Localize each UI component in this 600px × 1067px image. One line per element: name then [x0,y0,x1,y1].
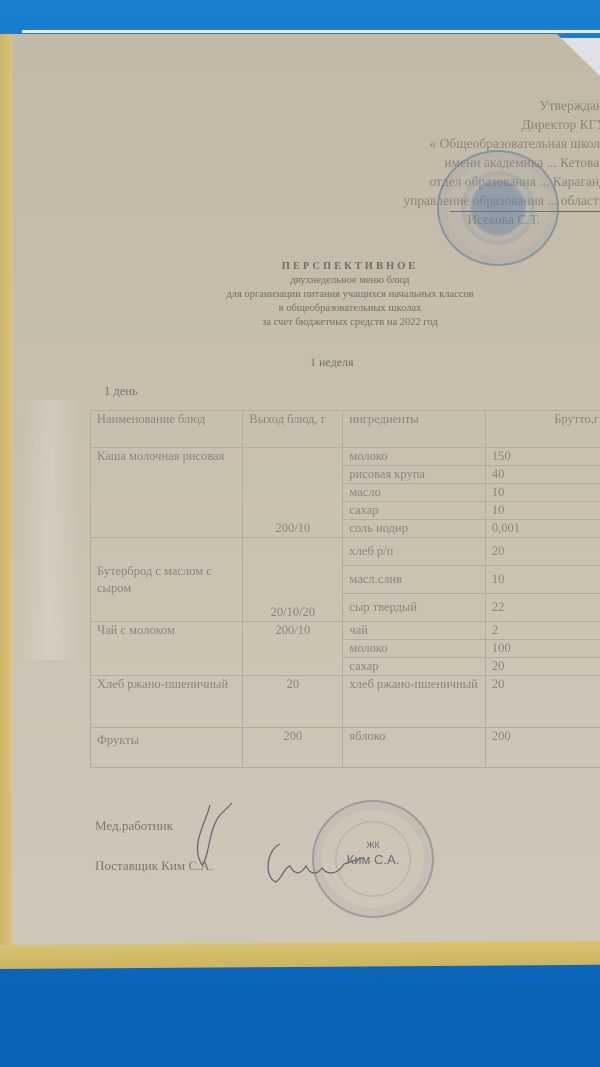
dish-yield: 20/10/20 [243,538,343,622]
dish-yield: 200 [243,728,343,768]
ingredient: молоко [343,640,486,658]
table-row: Бутерброд с маслом с сыром 20/10/20 хлеб… [91,538,600,566]
gross: 10 [485,566,600,594]
header-ingredients: ингредиенты [343,411,486,448]
gross: 2 [485,622,600,640]
gross: 0,001 [485,520,600,538]
ingredient: молоко [343,448,486,466]
document-title: ПЕРСПЕКТИВНОЕ двухнедельное меню блюд дл… [150,260,550,330]
approval-line: имени академика ... Кетова» [240,153,600,172]
ingredient: масло [343,484,486,502]
dish-name: Бутерброд с маслом с сыром [91,538,243,622]
table-row: Фрукты 200 яблоко 200 [91,728,600,768]
table-row: Каша молочная рисовая 200/10 молоко 150 [91,448,600,466]
medic-signature [180,795,240,875]
ingredient: яблоко [343,728,486,768]
gross: 22 [485,594,600,622]
glare [20,400,80,660]
title-main: ПЕРСПЕКТИВНОЕ [150,260,550,274]
gross: 20 [485,676,600,728]
dish-name: Каша молочная рисовая [91,448,243,538]
gross: 100 [485,640,600,658]
ingredient: соль иодир [343,520,486,538]
official-seal-stamp [437,150,559,266]
week-label: 1 неделя [310,355,354,370]
dish-yield: 200/10 [243,448,343,538]
header-yield: Выход блюд, г [243,411,343,448]
dish-yield: 200/10 [243,622,343,676]
folder-edge-bottom [0,941,600,969]
ingredient: масл.слив [343,566,486,594]
approval-line: « Общеобразовательная школа [240,134,600,153]
dish-name: Фрукты [91,728,243,768]
approval-line: Директор КГУ [240,115,600,134]
dish-yield: 20 [243,676,343,728]
stamp-text: Ким С.А. [314,852,432,867]
ingredient: чай [343,622,486,640]
medic-label: Мед.работник [95,818,173,834]
sheet-edge [22,30,600,33]
ingredient: хлеб р/п [343,538,486,566]
dish-name: Хлеб ржано-пшеничный [91,676,243,728]
gross: 20 [485,538,600,566]
gross: 20 [485,658,600,676]
ingredient: сыр твердый [343,594,486,622]
table-row: Чай с молоком 200/10 чай 2 [91,622,600,640]
title-line: за счет бюджетных средств на 2022 год [150,316,550,330]
dish-name: Чай с молоком [91,622,243,676]
table-header-row: Наименование блюд Выход блюд, г ингредие… [91,411,600,448]
menu-table: Наименование блюд Выход блюд, г ингредие… [90,410,600,768]
title-line: двухнедельное меню блюд [150,274,550,288]
ingredient: сахар [343,502,486,520]
gross: 10 [485,502,600,520]
stamp-text: ЖК [314,840,432,850]
gross: 200 [485,728,600,768]
folder-edge-left [0,34,12,954]
title-line: для организации питания учащихся начальн… [150,288,550,302]
table-row: Хлеб ржано-пшеничный 20 хлеб ржано-пшени… [91,676,600,728]
approval-line: Утверждаю [240,96,600,115]
ingredient: хлеб ржано-пшеничный [343,676,486,728]
gross: 40 [485,466,600,484]
header-dish: Наименование блюд [91,411,243,448]
title-line: в общеобразовательных школах [150,302,550,316]
gross: 10 [485,484,600,502]
supplier-seal-stamp: ЖК Ким С.А. [312,800,434,918]
gross: 150 [485,448,600,466]
header-gross: Брутто,г [485,411,600,448]
day-label: 1 день [104,384,138,399]
ingredient: сахар [343,658,486,676]
ingredient: рисовая крупа [343,466,486,484]
